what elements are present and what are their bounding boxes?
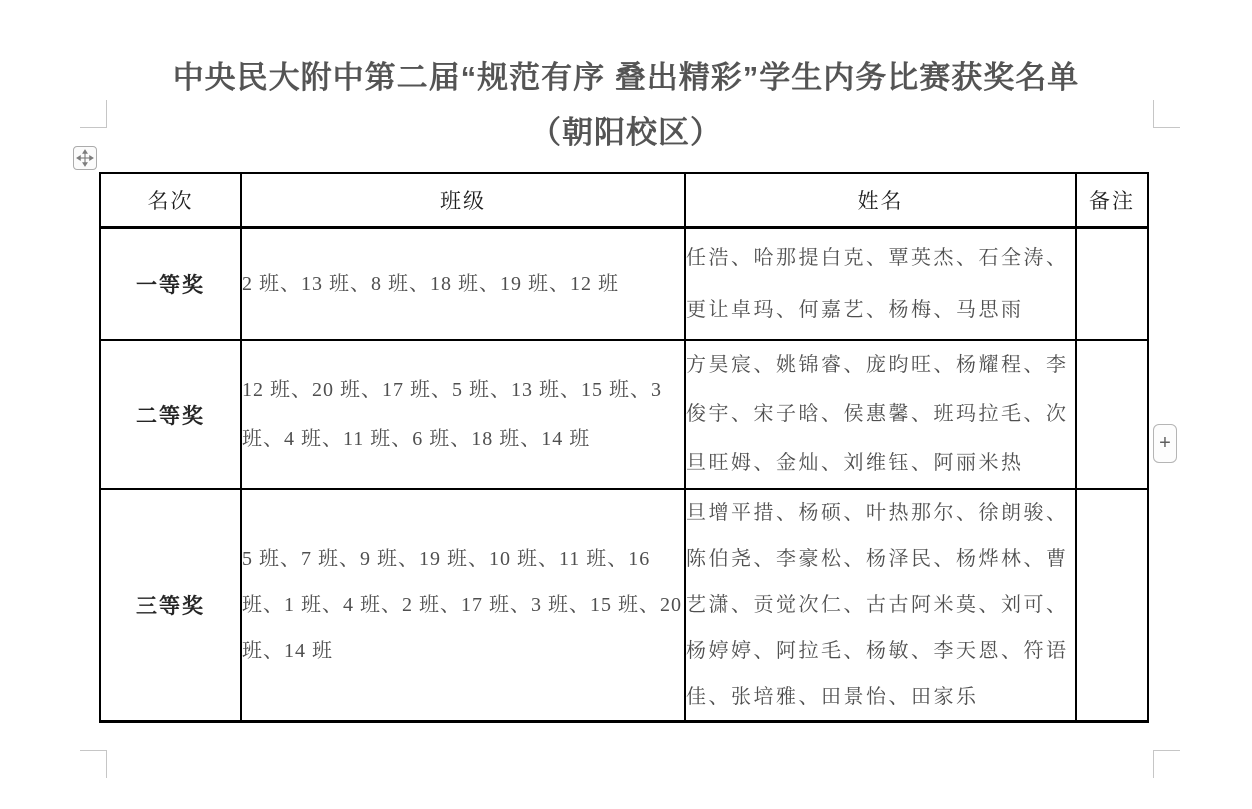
header-label-class: 班级 <box>440 189 486 213</box>
add-button[interactable]: + <box>1153 424 1177 463</box>
header-label-name: 姓名 <box>858 189 904 213</box>
cell-names-third-prize[interactable]: 旦增平措、杨硕、叶热那尔、徐朗骏、陈伯尧、李豪松、杨泽民、杨烨林、曹艺潇、贡觉次… <box>685 489 1076 722</box>
names-text: 方昊宸、姚锦睿、庞昀旺、杨耀程、李俊宇、宋子晗、侯惠馨、班玛拉毛、次旦旺姆、金灿… <box>686 354 1069 474</box>
margin-mark-bottom-left <box>80 750 107 778</box>
table-row-third-prize: 三等奖 5 班、7 班、9 班、19 班、10 班、11 班、16 班、1 班、… <box>100 489 1148 722</box>
header-label-rank: 名次 <box>148 189 194 213</box>
table-header-row: 名次 班级 姓名 备注 <box>100 173 1148 227</box>
header-cell-rank[interactable]: 名次 <box>100 173 241 227</box>
table-row-second-prize: 二等奖 12 班、20 班、17 班、5 班、13 班、15 班、3 班、4 班… <box>100 340 1148 489</box>
cell-classes-second-prize[interactable]: 12 班、20 班、17 班、5 班、13 班、15 班、3 班、4 班、11 … <box>241 340 685 489</box>
margin-mark-bottom-right <box>1153 750 1180 778</box>
document-page: 中央民大附中第二届“规范有序 叠出精彩”学生内务比赛获奖名单 （朝阳校区） <box>0 0 1252 809</box>
classes-text: 5 班、7 班、9 班、19 班、10 班、11 班、16 班、1 班、4 班、… <box>242 548 682 662</box>
rank-label: 一等奖 <box>136 273 205 297</box>
header-cell-class[interactable]: 班级 <box>241 173 685 227</box>
document-title: 中央民大附中第二届“规范有序 叠出精彩”学生内务比赛获奖名单 （朝阳校区） <box>0 50 1252 160</box>
title-line-1[interactable]: 中央民大附中第二届“规范有序 叠出精彩”学生内务比赛获奖名单 <box>0 50 1252 105</box>
awards-table: 名次 班级 姓名 备注 一等奖 2 班、13 班、8 班、18 班、19 班、1… <box>99 172 1149 723</box>
classes-text: 12 班、20 班、17 班、5 班、13 班、15 班、3 班、4 班、11 … <box>242 379 662 450</box>
table-move-handle[interactable] <box>73 146 97 170</box>
arrows-move-icon <box>76 149 94 167</box>
header-cell-name[interactable]: 姓名 <box>685 173 1076 227</box>
classes-text: 2 班、13 班、8 班、18 班、19 班、12 班 <box>242 273 619 295</box>
cell-rank-second-prize[interactable]: 二等奖 <box>100 340 241 489</box>
cell-classes-first-prize[interactable]: 2 班、13 班、8 班、18 班、19 班、12 班 <box>241 227 685 340</box>
margin-mark-top-right <box>1153 100 1180 128</box>
table-row-first-prize: 一等奖 2 班、13 班、8 班、18 班、19 班、12 班 任浩、哈那提白克… <box>100 227 1148 340</box>
rank-label: 二等奖 <box>136 404 205 428</box>
cell-note-second-prize[interactable] <box>1076 340 1148 489</box>
title-line-2[interactable]: （朝阳校区） <box>0 105 1252 160</box>
margin-mark-top-left <box>80 100 107 128</box>
cell-note-third-prize[interactable] <box>1076 489 1148 722</box>
cell-classes-third-prize[interactable]: 5 班、7 班、9 班、19 班、10 班、11 班、16 班、1 班、4 班、… <box>241 489 685 722</box>
rank-label: 三等奖 <box>136 594 205 618</box>
cell-rank-third-prize[interactable]: 三等奖 <box>100 489 241 722</box>
cell-rank-first-prize[interactable]: 一等奖 <box>100 227 241 340</box>
cell-names-second-prize[interactable]: 方昊宸、姚锦睿、庞昀旺、杨耀程、李俊宇、宋子晗、侯惠馨、班玛拉毛、次旦旺姆、金灿… <box>685 340 1076 489</box>
cell-note-first-prize[interactable] <box>1076 227 1148 340</box>
cell-names-first-prize[interactable]: 任浩、哈那提白克、覃英杰、石全涛、更让卓玛、何嘉艺、杨梅、马思雨 <box>685 227 1076 340</box>
names-text: 任浩、哈那提白克、覃英杰、石全涛、更让卓玛、何嘉艺、杨梅、马思雨 <box>686 247 1069 321</box>
header-cell-note[interactable]: 备注 <box>1076 173 1148 227</box>
header-label-note: 备注 <box>1089 189 1135 213</box>
names-text: 旦增平措、杨硕、叶热那尔、徐朗骏、陈伯尧、李豪松、杨泽民、杨烨林、曹艺潇、贡觉次… <box>686 502 1069 708</box>
